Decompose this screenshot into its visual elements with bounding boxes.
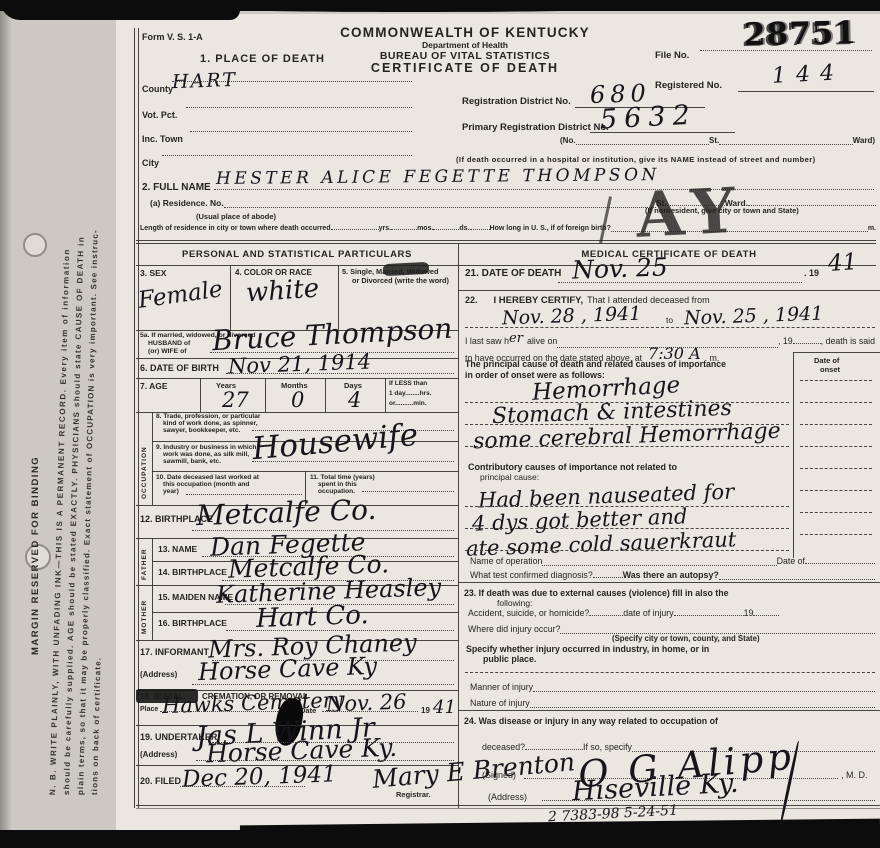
last-saw-3: , 19: [778, 336, 793, 346]
mos-line: [433, 229, 459, 230]
md-label: , M. D.: [841, 770, 868, 780]
age-label: 7. AGE: [140, 381, 168, 391]
accident-line: [589, 615, 623, 616]
q11-label-2: spent in this: [318, 481, 357, 488]
nature-row: Nature of injury: [470, 698, 875, 708]
file-no-label: File No.: [655, 50, 689, 61]
hospital-note: (If death occurred in a hospital or inst…: [456, 155, 816, 164]
last-saw-4: , death is said: [821, 336, 875, 346]
date-of-death-value: Nov. 25: [572, 252, 669, 284]
contributory-label-2: principal cause:: [480, 472, 539, 482]
yrs-label: yrs.: [379, 225, 391, 232]
q9-label-3: sawmill, bank, etc.: [163, 458, 221, 465]
filed-line: [180, 786, 305, 787]
primary-district-label: Primary Registration District No.: [462, 122, 609, 133]
test-line: [593, 577, 623, 578]
us-long-label: How long in U. S., if of foreign birth?: [490, 225, 611, 232]
injury-19-line: [753, 615, 779, 616]
q23-line-2: following:: [497, 598, 532, 608]
q23-line-7: public place.: [483, 654, 536, 664]
onset-line: [800, 402, 872, 403]
rule: [136, 805, 880, 806]
ward-label: Ward): [853, 136, 875, 145]
right-column-heading: MEDICAL CERTIFICATE OF DEATH: [458, 249, 880, 260]
marital-label-2: or Divorced (write the word): [352, 276, 449, 285]
st-line: [719, 144, 852, 145]
date-of-death-line: [558, 282, 802, 283]
marital-scribble: [383, 262, 430, 276]
cause-rule: [465, 402, 789, 403]
form-left-border: [134, 28, 135, 808]
q23-specify-note: (Specify city or town, county, and State…: [612, 634, 760, 643]
residence-label: (a) Residence. No.: [150, 198, 224, 208]
rule: [136, 808, 880, 809]
onset-line: [800, 490, 872, 491]
physician-address-label: (Address): [488, 792, 527, 802]
filed-value: Dec 20, 1941: [182, 761, 337, 792]
principal-cause-1: The principal cause of death and related…: [465, 359, 726, 369]
onset-line: [800, 424, 872, 425]
mother-birthplace-value: Hart Co.: [256, 600, 370, 634]
serial-stamp: 28751: [744, 15, 857, 53]
nature-line: [530, 707, 875, 708]
left-column-heading: PERSONAL AND STATISTICAL PARTICULARS: [136, 249, 458, 260]
dob-value: Nov 21, 1914: [228, 350, 372, 379]
date-of-death-19: . 19: [804, 268, 819, 278]
manner-label: Manner of injury: [470, 682, 533, 692]
manner-line: [533, 691, 875, 692]
county-line: [172, 81, 412, 82]
column-divider: [458, 243, 459, 808]
onset-line: [800, 512, 872, 513]
primary-district-value: 5632: [599, 99, 697, 135]
age-months-value: 0: [291, 388, 304, 412]
vot-pct-line: [186, 107, 412, 108]
q23-accident-row: Accident, suicide, or homicide? date of …: [468, 608, 875, 618]
vot-pct-label: Vot. Pct.: [142, 110, 177, 120]
age-less-label-2: 1 day........hrs.: [389, 390, 432, 397]
husband-label-3: (or) WIFE of: [148, 348, 187, 355]
age-less-label-3: or..........min.: [389, 400, 427, 407]
q8-label-2: kind of work done, as spinner,: [163, 420, 258, 427]
residence-no-line: [224, 207, 656, 208]
sex-label: 3. SEX: [140, 268, 166, 278]
full-name-line: [214, 189, 874, 190]
st-label: St.: [709, 136, 719, 145]
informant-address-label: (Address): [140, 670, 177, 679]
ds-line: [470, 229, 490, 230]
file-no-line: [700, 50, 872, 51]
burial-year-printed: 19: [421, 706, 430, 715]
burial-place-label: Place: [140, 706, 158, 713]
rule: [385, 378, 386, 412]
margin-note-line: tions on back of certificate.: [90, 657, 103, 796]
city-label: City: [142, 158, 159, 168]
cause-rule: [465, 446, 789, 447]
rule: [136, 265, 876, 266]
rule: [136, 378, 458, 379]
q23-line-6: Specify whether injury occurred in indus…: [466, 644, 709, 654]
onset-box-border: [793, 352, 794, 558]
contributory-rule: [465, 506, 789, 507]
rule: [265, 378, 266, 412]
husband-label-2: HUSBAND of: [148, 340, 190, 347]
operation-date-label: Date of: [777, 556, 805, 566]
attended-to-word: to: [666, 315, 673, 325]
where-injury-label: Where did injury occur?: [468, 624, 560, 634]
scan-band-top-left: [0, 0, 240, 20]
dob-label: 6. DATE OF BIRTH: [140, 363, 219, 373]
onset-line: [800, 534, 872, 535]
mother-birthplace-label: 16. BIRTHPLACE: [158, 618, 227, 628]
last-saw-line-2: [793, 343, 821, 344]
age-days-value: 4: [348, 388, 361, 412]
dob-line: [226, 373, 454, 374]
burial-place-line: [160, 711, 296, 712]
q10-label-1: 10. Date deceased last worked at: [156, 474, 259, 481]
length-line: [331, 229, 379, 230]
q23-blank-line: [465, 672, 875, 673]
burial-year-hand: 41: [433, 697, 456, 718]
mos-label: mos.: [417, 225, 433, 232]
q24-line-1: 24. Was disease or injury in any way rel…: [464, 716, 718, 726]
signed-label: (Signed): [482, 770, 516, 780]
rule: [458, 710, 880, 711]
registered-no-value: 144: [771, 60, 844, 89]
full-name-label: 2. FULL NAME: [142, 182, 211, 193]
date-of-death-41: 41: [827, 249, 858, 277]
punch-hole: [23, 233, 47, 257]
certify-number: 22.: [465, 295, 478, 305]
informant-address-line: [192, 684, 454, 685]
contributory-label-1: Contributory causes of importance not re…: [468, 462, 677, 472]
yrs-line: [391, 229, 417, 230]
scan-band-top-right: [600, 0, 880, 9]
rule: [136, 243, 876, 244]
deceased-line: [525, 749, 583, 750]
rule: [200, 378, 201, 412]
father-birthplace-label: 14. BIRTHPLACE: [158, 567, 227, 577]
autopsy-label: Was there an autopsy?: [623, 570, 719, 580]
undertaker-address-label: (Address): [140, 750, 177, 759]
registered-no-line: [738, 91, 874, 92]
accident-label: Accident, suicide, or homicide?: [468, 608, 589, 618]
city-line: [162, 155, 412, 156]
street-ward-note: (No. St. Ward): [560, 136, 875, 145]
length-residence-row: Length of residence in city or town wher…: [140, 225, 876, 232]
nature-label: Nature of injury: [470, 698, 530, 708]
inc-town-line: [190, 131, 412, 132]
no-label: (No.: [560, 136, 576, 145]
left-edge-shade: [0, 0, 12, 848]
onset-label-2: onset: [820, 365, 840, 374]
onset-line: [800, 380, 872, 381]
scan-band-top-mid: [200, 4, 630, 12]
county-label: County: [142, 84, 173, 94]
ds-label: ds.: [459, 225, 469, 232]
onset-line: [800, 468, 872, 469]
rule: [152, 538, 153, 640]
q8-label-1: 8. Trade, profession, or particular: [156, 413, 260, 420]
rule: [152, 412, 153, 505]
rule: [458, 290, 880, 291]
inc-town-label: Inc. Town: [142, 134, 183, 144]
cause-rule: [465, 424, 789, 425]
q9-label-1: 9. Industry or business in which: [156, 444, 256, 451]
operation-label: Name of operation: [470, 556, 542, 566]
registered-no-label: Registered No.: [655, 80, 722, 91]
onset-label-1: Date of: [814, 356, 839, 365]
q9-label-2: work was done, as silk mill,: [163, 451, 249, 458]
age-years-value: 27: [222, 388, 249, 412]
rule: [136, 240, 876, 241]
q23-where-row: Where did injury occur?: [468, 624, 875, 634]
place-of-death-heading: 1. PLACE OF DEATH: [200, 53, 325, 65]
no-line: [576, 144, 709, 145]
filed-label: 20. FILED: [140, 776, 181, 786]
operation-date-line: [805, 563, 875, 564]
test-label: What test confirmed diagnosis?: [470, 570, 593, 580]
title-certificate: CERTIFICATE OF DEATH: [295, 61, 635, 75]
color-race-value: white: [245, 273, 320, 308]
q10-label-2: this occupation (month and: [163, 481, 249, 488]
test-row: What test confirmed diagnosis? Was there…: [470, 570, 875, 580]
rule: [793, 352, 880, 353]
registrar-label: Registrar.: [396, 790, 431, 799]
q9-line: [252, 461, 454, 462]
rule: [458, 582, 880, 583]
injury-date-label: date of injury: [623, 608, 673, 618]
father-side-label: FATHER: [141, 548, 148, 580]
occupation-side-label: OCCUPATION: [141, 446, 148, 499]
informant-label: 17. INFORMANT: [140, 647, 209, 657]
manner-row: Manner of injury: [470, 682, 875, 692]
birthplace-value: Metcalfe Co.: [195, 493, 376, 532]
registration-district-label: Registration District No.: [462, 96, 571, 107]
age-less-label-1: If LESS than: [389, 380, 427, 387]
q8-label-3: sawyer, bookkeeper, etc.: [163, 427, 240, 434]
mother-side-label: MOTHER: [141, 600, 148, 634]
date-of-death-label: 21. DATE OF DEATH: [465, 268, 561, 279]
last-saw-2: alive on: [527, 336, 557, 346]
last-saw-er: er: [509, 331, 523, 346]
rule: [325, 378, 326, 412]
q11-line: [362, 491, 454, 492]
title-commonwealth: COMMONWEALTH OF KENTUCKY: [295, 25, 635, 40]
injury-19-label: 19: [744, 608, 754, 618]
contributory-rule: [465, 528, 789, 529]
father-name-label: 13. NAME: [158, 544, 197, 554]
q23-line-1: 23. If death was due to external causes …: [464, 588, 728, 598]
scanned-death-certificate: { "overlay": { "stamp": "AY" }, "margin"…: [0, 0, 880, 848]
rule: [230, 265, 231, 330]
abode-note: (Usual place of abode): [196, 212, 276, 221]
primary-district-line: [590, 132, 735, 133]
last-saw-1: I last saw h: [465, 336, 509, 346]
attended-line: [465, 327, 875, 328]
margin-binding-note: MARGIN RESERVED FOR BINDING: [30, 456, 41, 655]
onset-line: [800, 446, 872, 447]
deceased-label: deceased?: [482, 742, 525, 752]
injury-date-line: [674, 615, 744, 616]
title-department: Department of Health: [295, 40, 635, 50]
q10-line: [186, 494, 302, 495]
operation-row: Name of operation Date of: [470, 556, 875, 566]
q11-label-1: 11. Total time (years): [310, 474, 375, 481]
m-label: m.: [868, 225, 876, 232]
operation-line: [542, 565, 776, 566]
full-name-value: HESTER ALICE FEGETTE THOMPSON: [216, 165, 660, 189]
autopsy-line: [719, 579, 875, 580]
form-number: Form V. S. 1-A: [142, 32, 203, 42]
length-label: Length of residence in city or town wher…: [140, 225, 331, 232]
q10-label-3: year): [163, 488, 179, 495]
contributory-rule: [465, 550, 789, 551]
